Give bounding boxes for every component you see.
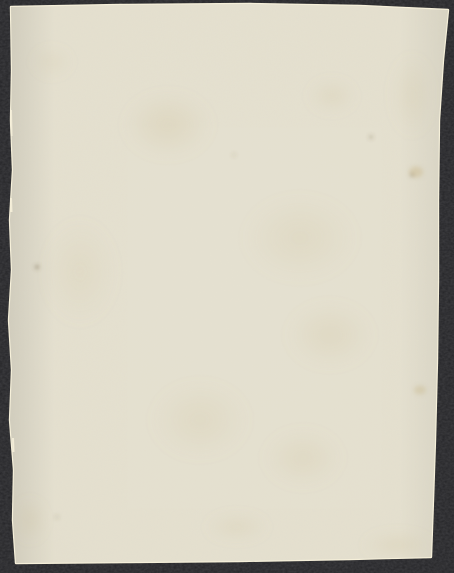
photo-of-blank-paper-verso [0, 0, 454, 573]
paper-sheet [0, 0, 454, 573]
paper-sheet-image [0, 0, 454, 573]
